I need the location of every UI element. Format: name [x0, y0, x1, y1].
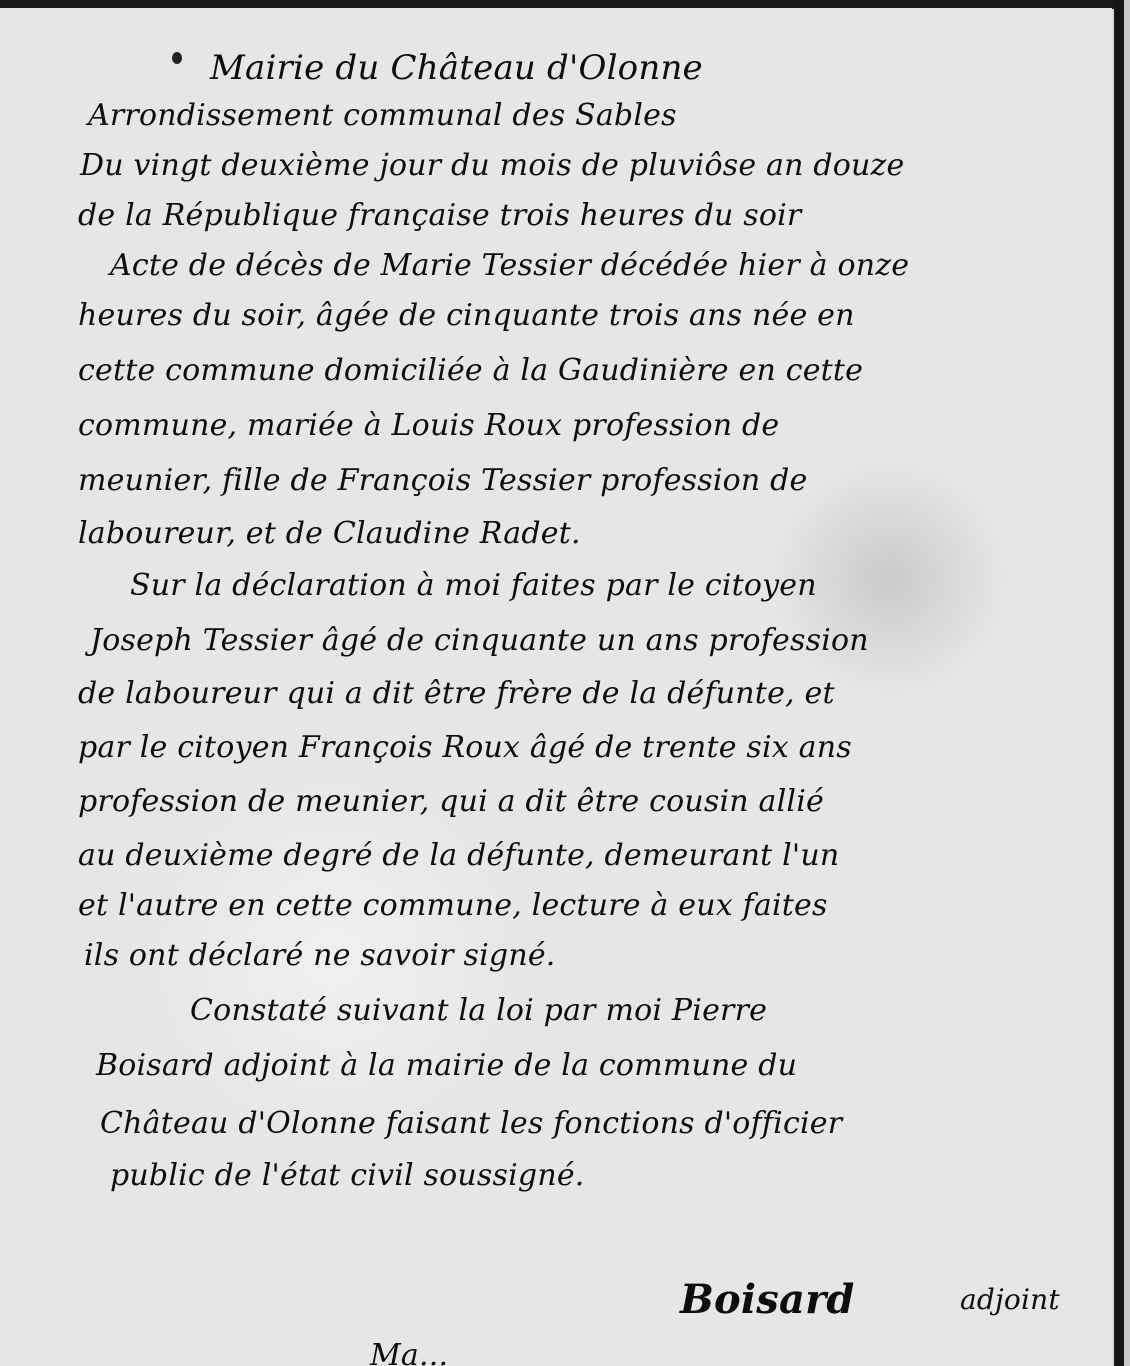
text-line: Constaté suivant la loi par moi Pierre	[190, 993, 767, 1028]
text-line: commune, mariée à Louis Roux profession …	[78, 408, 779, 443]
ink-blot	[172, 52, 182, 64]
document-subheading: Arrondissement communal des Sables	[88, 98, 677, 133]
text-line: Du vingt deuxième jour du mois de pluviô…	[80, 148, 905, 183]
text-line: heures du soir, âgée de cinquante trois …	[78, 298, 855, 333]
text-line: laboureur, et de Claudine Radet.	[78, 516, 581, 551]
scan-right-border	[1114, 0, 1124, 1366]
text-line: Sur la déclaration à moi faites par le c…	[130, 568, 817, 603]
text-line: de laboureur qui a dit être frère de la …	[78, 676, 835, 711]
text-line: au deuxième degré de la défunte, demeura…	[78, 838, 839, 873]
text-line: ils ont déclaré ne savoir signé.	[84, 938, 556, 973]
scan-right-edge	[1124, 0, 1130, 1366]
text-line: par le citoyen François Roux âgé de tren…	[78, 730, 852, 765]
text-line: meunier, fille de François Tessier profe…	[78, 463, 808, 498]
text-line: public de l'état civil soussigné.	[110, 1158, 585, 1193]
text-line: profession de meunier, qui a dit être co…	[78, 784, 824, 819]
text-line: Boisard adjoint à la mairie de la commun…	[96, 1048, 797, 1083]
document-page: Mairie du Château d'Olonne Arrondissemen…	[0, 8, 1112, 1366]
partial-next-line: Ma...	[370, 1338, 448, 1366]
text-line: Château d'Olonne faisant les fonctions d…	[100, 1106, 842, 1141]
text-line: Acte de décès de Marie Tessier décédée h…	[110, 248, 909, 283]
signature-name: Boisard	[680, 1276, 855, 1323]
text-line: et l'autre en cette commune, lecture à e…	[78, 888, 828, 923]
text-line: cette commune domiciliée à la Gaudinière…	[78, 353, 863, 388]
signature-role: adjoint	[960, 1283, 1060, 1316]
text-line: Joseph Tessier âgé de cinquante un ans p…	[90, 623, 869, 658]
text-line: de la République française trois heures …	[78, 198, 801, 233]
document-heading: Mairie du Château d'Olonne	[210, 48, 703, 88]
